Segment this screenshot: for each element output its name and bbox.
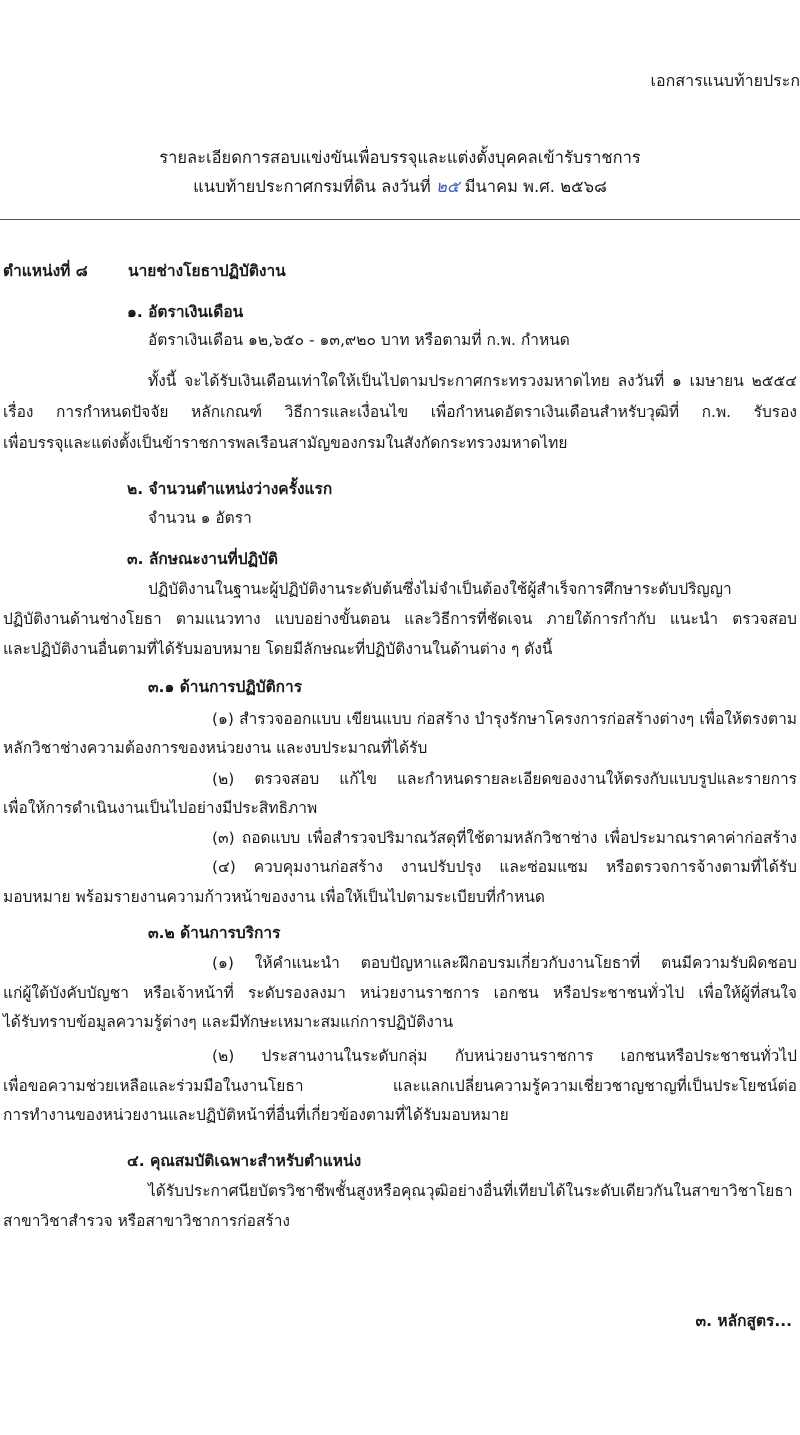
services-item-1-line-2: แก่ผู้ใต้บังคับบัญชา หรือเจ้าหน้าที่ ระด… [3, 982, 797, 1004]
divider-line [0, 219, 800, 220]
doc-title-line-2: แนบท้ายประกาศกรมที่ดิน ลงวันที่ ๒๕ มีนาค… [0, 176, 800, 198]
title-suffix: มีนาคม พ.ศ. ๒๕๖๘ [465, 177, 607, 196]
duties-intro-2: ปฏิบัติงานด้านช่างโยธา ตามแนวทาง แบบอย่า… [3, 608, 797, 630]
vacancy-count: จำนวน ๑ อัตรา [148, 507, 252, 529]
doc-title-line-1: รายละเอียดการสอบแข่งขันเพื่อบรรจุและแต่ง… [0, 147, 800, 169]
position-label: ตำแหน่งที่ ๘ [3, 260, 88, 282]
operations-item-2-line-2: เพื่อให้การดำเนินงานเป็นไปอย่างมีประสิทธ… [3, 797, 317, 819]
operations-item-4-line-1: (๔) ควบคุมงานก่อสร้าง งานปรับปรุง และซ่อ… [212, 856, 797, 878]
services-item-1-line-1: (๑) ให้คำแนะนำ ตอบปัญหาและฝึกอบรมเกี่ยวก… [212, 952, 797, 974]
services-item-2-line-3: การทำงานของหน่วยงานและปฏิบัติหน้าที่อื่น… [3, 1104, 509, 1126]
attachment-header: เอกสารแนบท้ายประก [651, 70, 800, 92]
handwritten-day: ๒๕ [436, 177, 459, 196]
qualifications-line-1: ได้รับประกาศนียบัตรวิชาชีพชั้นสูงหรือคุณ… [148, 1180, 797, 1202]
services-heading: ๓.๒ ด้านการบริการ [148, 922, 280, 944]
continuation-marker: ๓. หลักสูตร... [696, 1310, 793, 1332]
vacancy-heading: ๒. จำนวนตำแหน่งว่างครั้งแรก [127, 478, 332, 500]
salary-note-1: ทั้งนี้ จะได้รับเงินเดือนเท่าใดให้เป็นไป… [148, 370, 797, 392]
operations-item-1-line-2: หลักวิชาช่างความต้องการของหน่วยงาน และงบ… [3, 737, 427, 759]
duties-intro-3: และปฏิบัติงานอื่นตามที่ได้รับมอบหมาย โดย… [3, 638, 553, 660]
services-item-2-line-2: เพื่อขอความช่วยเหลือและร่วมมือในงานโยธา … [3, 1075, 797, 1097]
position-name: นายช่างโยธาปฏิบัติงาน [128, 260, 286, 282]
operations-item-1-line-1: (๑) สำรวจออกแบบ เขียนแบบ ก่อสร้าง บำรุงร… [212, 708, 797, 730]
duties-intro-1: ปฏิบัติงานในฐานะผู้ปฏิบัติงานระดับต้นซึ่… [148, 578, 797, 600]
duties-heading: ๓. ลักษณะงานที่ปฏิบัติ [127, 548, 278, 570]
salary-heading: ๑. อัตราเงินเดือน [127, 301, 243, 323]
salary-note-2: เรื่อง การกำหนดปัจจัย หลักเกณฑ์ วิธีการแ… [3, 401, 797, 423]
qualifications-line-2: สาขาวิชาสำรวจ หรือสาขาวิชาการก่อสร้าง [3, 1210, 290, 1232]
services-item-1-line-3: ได้รับทราบข้อมูลความรู้ต่างๆ และมีทักษะเ… [3, 1011, 453, 1033]
qualifications-heading: ๔. คุณสมบัติเฉพาะสำหรับตำแหน่ง [127, 1150, 361, 1172]
operations-item-3-line-1: (๓) ถอดแบบ เพื่อสำรวจปริมาณวัสดุที่ใช้ตา… [212, 827, 797, 849]
title-prefix: แนบท้ายประกาศกรมที่ดิน ลงวันที่ [193, 177, 431, 196]
services-item-2-line-1: (๒) ประสานงานในระดับกลุ่ม กับหน่วยงานราช… [212, 1045, 797, 1067]
salary-rate: อัตราเงินเดือน ๑๒,๖๕๐ - ๑๓,๙๒๐ บาท หรือต… [148, 329, 570, 351]
operations-item-4-line-2: มอบหมาย พร้อมรายงานความก้าวหน้าของงาน เพ… [3, 886, 545, 908]
salary-note-3: เพื่อบรรจุและแต่งตั้งเป็นข้าราชการพลเรือ… [3, 432, 568, 454]
operations-item-2-line-1: (๒) ตรวจสอบ แก้ไข และกำหนดรายละเอียดของง… [212, 768, 797, 790]
operations-heading: ๓.๑ ด้านการปฏิบัติการ [148, 676, 302, 698]
